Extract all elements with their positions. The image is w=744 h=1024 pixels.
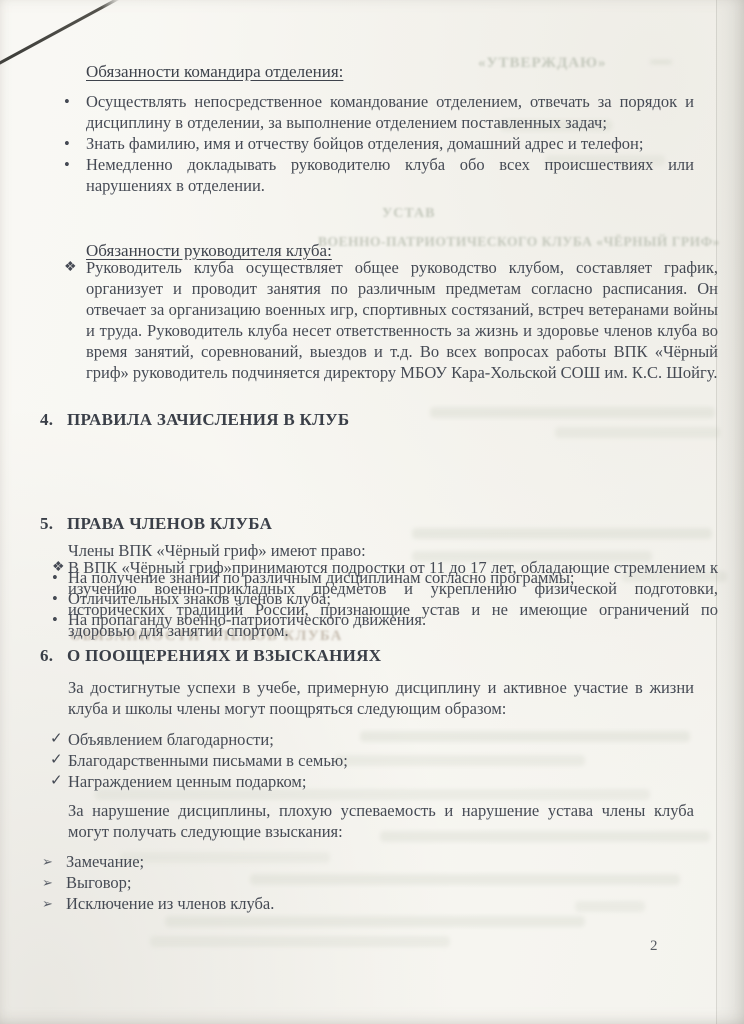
bleed-through-line bbox=[650, 60, 672, 64]
list-item-text: Знать фамилию, имя и отчеству бойцов отд… bbox=[86, 134, 643, 153]
bleed-through-line bbox=[430, 407, 715, 418]
bleed-through-text-approve: «УТВЕРЖДАЮ» bbox=[478, 55, 607, 72]
list-item: • Немедленно докладывать руководителю кл… bbox=[62, 154, 694, 196]
list-item: • Знать фамилию, имя и отчеству бойцов о… bbox=[62, 133, 694, 154]
bleed-through-line bbox=[165, 916, 585, 927]
list-item-text: Исключение из членов клуба. bbox=[66, 894, 274, 913]
diamond-icon: ❖ bbox=[64, 257, 77, 278]
bleed-through-text-ustav: УСТАВ bbox=[382, 206, 435, 222]
scanned-document-page: { "page": { "number": "2" }, "content": … bbox=[0, 0, 744, 1024]
section-number: 4. bbox=[40, 409, 67, 430]
heading-section-5: 5.ПРАВА ЧЛЕНОВ КЛУБА bbox=[40, 513, 272, 534]
paper-background: «УТВЕРЖДАЮ» УСТАВ ВОЕННО-ПАТРИОТИЧЕСКОГО… bbox=[0, 0, 744, 1024]
list-item-text: Немедленно докладывать руководителю клуб… bbox=[86, 155, 694, 195]
bullet-icon: • bbox=[64, 133, 70, 154]
list-item: ✓ Благодарственными письмами в семью; bbox=[48, 750, 694, 771]
penalties-list: ➢ Замечание; ➢ Выговор; ➢ Исключение из … bbox=[42, 851, 694, 914]
section-5-intro: Члены ВПК «Чёрный гриф» имеют право: bbox=[68, 540, 366, 561]
heading-section-4: 4.ПРАВИЛА ЗАЧИСЛЕНИЯ В КЛУБ bbox=[40, 409, 349, 430]
check-icon: ✓ bbox=[50, 771, 63, 792]
heading-section-6: 6.О ПООЩЕРЕНИЯХ И ВЗЫСКАНИЯХ bbox=[40, 645, 381, 666]
list-item-text: Награждением ценным подарком; bbox=[68, 772, 306, 791]
list-item: • На пропаганду военно-патриотического д… bbox=[48, 609, 694, 630]
list-item: ✓ Награждением ценным подарком; bbox=[48, 771, 694, 792]
bullet-icon: • bbox=[64, 154, 70, 175]
section-number: 5. bbox=[40, 513, 67, 534]
list-item: ➢ Исключение из членов клуба. bbox=[42, 893, 694, 914]
list-item: ➢ Замечание; bbox=[42, 851, 694, 872]
arrow-icon: ➢ bbox=[42, 851, 53, 872]
list-item: ➢ Выговор; bbox=[42, 872, 694, 893]
list-item-text: Замечание; bbox=[66, 852, 144, 871]
list-item: • Осуществлять непосредственное командов… bbox=[62, 91, 694, 133]
page-number: 2 bbox=[650, 936, 658, 957]
list-item-text: Осуществлять непосредственное командован… bbox=[86, 92, 694, 132]
check-icon: ✓ bbox=[50, 729, 63, 750]
section-number: 6. bbox=[40, 645, 67, 666]
list-item: ✓ Объявлением благодарности; bbox=[48, 729, 694, 750]
arrow-icon: ➢ bbox=[42, 872, 53, 893]
list-item-text: На получение знаний по различным дисципл… bbox=[68, 568, 575, 587]
vertical-crease bbox=[716, 0, 717, 1024]
list-item-text: Выговор; bbox=[66, 873, 131, 892]
list-item: • На получение знаний по различным дисци… bbox=[48, 567, 694, 588]
commander-duties-list: • Осуществлять непосредственное командов… bbox=[62, 91, 694, 196]
section-title: О ПООЩЕРЕНИЯХ И ВЗЫСКАНИЯХ bbox=[67, 646, 381, 665]
bleed-through-line bbox=[412, 528, 712, 539]
section-6-intro: За достигнутые успехи в учебе, примерную… bbox=[68, 677, 694, 719]
bullet-icon: • bbox=[64, 91, 70, 112]
list-item-text: Отличительных знаков членов клуба; bbox=[68, 589, 331, 608]
penalties-intro: За нарушение дисциплины, плохую успеваем… bbox=[68, 800, 694, 842]
bullet-icon: • bbox=[52, 567, 58, 588]
list-item-text: Объявлением благодарности; bbox=[68, 730, 274, 749]
section-title: ПРАВА ЧЛЕНОВ КЛУБА bbox=[67, 514, 272, 533]
rewards-list: ✓ Объявлением благодарности; ✓ Благодарс… bbox=[48, 729, 694, 792]
bullet-icon: • bbox=[52, 588, 58, 609]
arrow-icon: ➢ bbox=[42, 893, 53, 914]
bullet-icon: • bbox=[52, 609, 58, 630]
check-icon: ✓ bbox=[50, 750, 63, 771]
bleed-through-line bbox=[150, 936, 450, 947]
heading-commander-duties: Обязанности командира отделения: bbox=[86, 61, 343, 82]
page-edge-band bbox=[717, 0, 744, 1024]
bleed-through-text-club-title: ВОЕННО-ПАТРИОТИЧЕСКОГО КЛУБА «ЧЁРНЫЙ ГРИ… bbox=[318, 234, 720, 250]
list-item: • Отличительных знаков членов клуба; bbox=[48, 588, 694, 609]
paragraph-text: Руководитель клуба осуществляет общее ру… bbox=[86, 258, 718, 382]
members-rights-list: • На получение знаний по различным дисци… bbox=[48, 567, 694, 630]
bleed-through-line bbox=[555, 427, 720, 438]
list-item-text: На пропаганду военно-патриотического дви… bbox=[68, 610, 426, 629]
leader-duties-paragraph: ❖ Руководитель клуба осуществляет общее … bbox=[62, 257, 718, 383]
section-title: ПРАВИЛА ЗАЧИСЛЕНИЯ В КЛУБ bbox=[67, 410, 349, 429]
list-item-text: Благодарственными письмами в семью; bbox=[68, 751, 348, 770]
